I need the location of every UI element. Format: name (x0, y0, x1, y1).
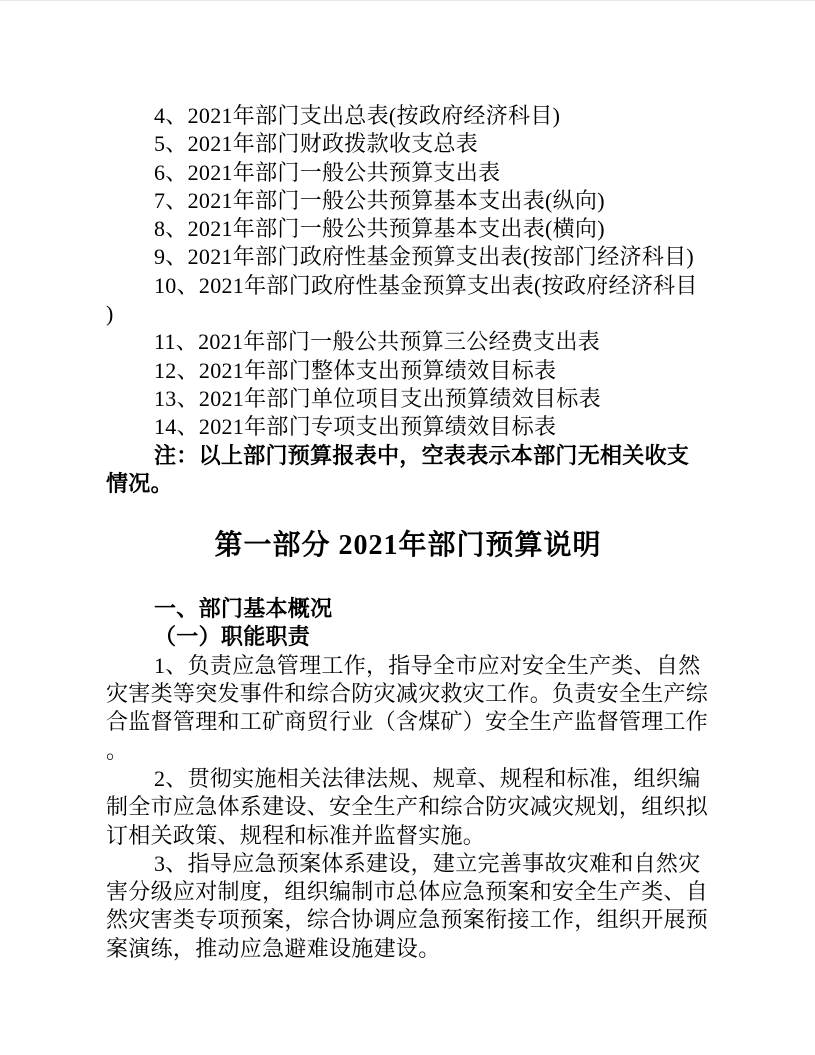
paragraph-line: 3、指导应急预案体系建设，建立完善事故灾难和自然灾 (106, 850, 710, 878)
report-list-item-wrap: ) (106, 300, 710, 328)
report-list-item: 9、2021年部门政府性基金预算支出表(按部门经济科目) (106, 243, 710, 271)
paragraph-line: 合监督管理和工矿商贸行业（含煤矿）安全生产监督管理工作 (106, 708, 710, 736)
paragraph-line: 1、负责应急管理工作，指导全市应对安全生产类、自然 (106, 652, 710, 680)
paragraph-line: 订相关政策、规程和标准并监督实施。 (106, 822, 710, 850)
report-list-item: 11、2021年部门一般公共预算三公经费支出表 (106, 328, 710, 356)
document-page: 4、2021年部门支出总表(按政府经济科目) 5、2021年部门财政拨款收支总表… (0, 0, 815, 1055)
subsection-heading: （一）职能职责 (106, 623, 710, 651)
paragraph-line: 案演练，推动应急避难设施建设。 (106, 935, 710, 963)
paragraph-line: 制全市应急体系建设、安全生产和综合防灾减灾规划，组织拟 (106, 793, 710, 821)
report-list-item: 5、2021年部门财政拨款收支总表 (106, 130, 710, 158)
paragraph-line: 灾害类等突发事件和综合防灾减灾救灾工作。负责安全生产综 (106, 680, 710, 708)
report-list-item: 13、2021年部门单位项目支出预算绩效目标表 (106, 385, 710, 413)
section-heading: 一、部门基本概况 (106, 595, 710, 623)
report-list-item: 12、2021年部门整体支出预算绩效目标表 (106, 357, 710, 385)
report-list-item: 8、2021年部门一般公共预算基本支出表(横向) (106, 215, 710, 243)
paragraph-line: 然灾害类专项预案，综合协调应急预案衔接工作，组织开展预 (106, 906, 710, 934)
paragraph-line: 。 (106, 737, 710, 765)
paragraph-line: 害分级应对制度，组织编制市总体应急预案和安全生产类、自 (106, 878, 710, 906)
report-list-item: 14、2021年部门专项支出预算绩效目标表 (106, 413, 710, 441)
note-line: 注：以上部门预算报表中，空表表示本部门无相关收支 (106, 442, 710, 470)
report-list-item: 6、2021年部门一般公共预算支出表 (106, 159, 710, 187)
document-content: 4、2021年部门支出总表(按政府经济科目) 5、2021年部门财政拨款收支总表… (106, 102, 710, 963)
report-list-item: 7、2021年部门一般公共预算基本支出表(纵向) (106, 187, 710, 215)
page-body: { "colors": { "background": "#ffffff", "… (0, 0, 815, 1055)
note-line: 情况。 (106, 470, 710, 498)
part-title: 第一部分 2021年部门预算说明 (106, 526, 710, 566)
paragraph-line: 2、贯彻实施相关法律法规、规章、规程和标准，组织编 (106, 765, 710, 793)
report-list-item: 10、2021年部门政府性基金预算支出表(按政府经济科目 (106, 272, 710, 300)
report-list-item: 4、2021年部门支出总表(按政府经济科目) (106, 102, 710, 130)
